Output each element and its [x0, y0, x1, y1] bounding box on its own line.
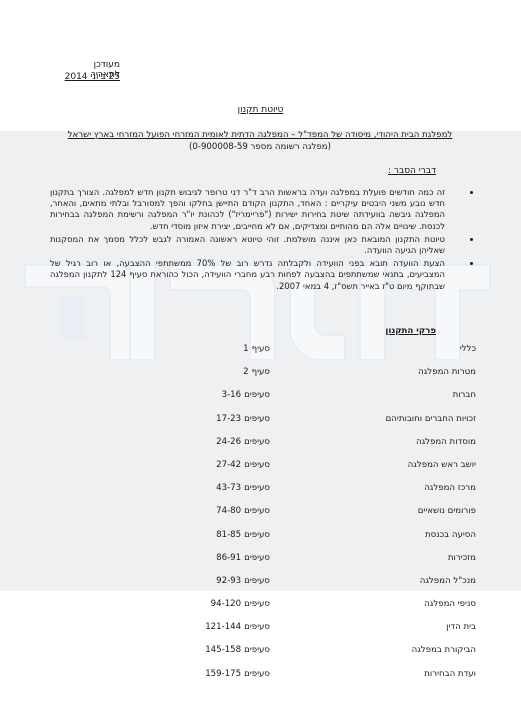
toc-row: הביקורת במפלגהסעיפים145-158 [180, 645, 476, 668]
toc-section-label: סעיפים [244, 622, 270, 632]
toc-row: ועדת הבחירותסעיפים159-175 [180, 669, 476, 692]
toc-section-name: כללי [460, 344, 476, 354]
sections-heading: פרקי התקנון [385, 326, 436, 336]
toc-row: כלליסעיף1 [180, 344, 476, 367]
toc-section-name: הביקורת במפלגה [412, 645, 476, 655]
toc-section-name: סניפי המפלגה [424, 599, 476, 609]
toc-section-label: סעיפים [244, 530, 270, 540]
toc-section-reference: סעיפים86-91 [180, 553, 270, 563]
toc-section-range: 2 [243, 367, 248, 377]
toc-section-range: 3-16 [222, 390, 242, 400]
explanation-bullet: זה כמה חודשים פועלת במפלגה ועדה בראשות ה… [50, 187, 445, 232]
toc-section-name: מטרות המפלגה [418, 367, 476, 377]
party-name: למפלגת הבית היהודי, מיסודה של המפד"ל – ה… [40, 130, 480, 140]
toc-section-reference: סעיפים92-93 [180, 576, 270, 586]
toc-row: מטרות המפלגהסעיף2 [180, 367, 476, 390]
toc-section-range: 24-26 [216, 437, 241, 447]
toc-section-range: 86-91 [216, 553, 241, 563]
toc-section-range: 27-42 [216, 460, 241, 470]
toc-section-label: סעיפים [244, 460, 270, 470]
toc-row: סניפי המפלגהסעיפים94-120 [180, 599, 476, 622]
toc-section-reference: סעיפים17-23 [180, 414, 270, 424]
toc-section-reference: סעיפים159-175 [180, 669, 270, 679]
explanation-bullets: זה כמה חודשים פועלת במפלגה ועדה בראשות ה… [50, 187, 445, 294]
toc-section-reference: סעיפים145-158 [180, 645, 270, 655]
toc-section-name: חברות [453, 390, 476, 400]
explanation-heading: דברי הסבר : [388, 166, 436, 176]
toc-section-name: מוסדות המפלגה [416, 437, 476, 447]
toc-section-label: סעיפים [244, 599, 270, 609]
updated-date: 25 ביוני 2014 [47, 72, 120, 82]
toc-row: הסיעה בכנסתסעיפים81-85 [180, 530, 476, 553]
toc-section-label: סעיפים [244, 414, 270, 424]
toc-section-reference: סעיפים43-73 [180, 483, 270, 493]
toc-row: פורומים נושאייםסעיפים74-80 [180, 506, 476, 529]
toc-section-range: 159-175 [205, 669, 241, 679]
toc-section-reference: סעיפים74-80 [180, 506, 270, 516]
toc-row: זכויות החברים וחובותיהםסעיפים17-23 [180, 414, 476, 437]
toc-section-name: בית הדין [446, 622, 476, 632]
toc-row: מנכ"ל המפלגהסעיפים92-93 [180, 576, 476, 599]
toc-section-range: 94-120 [211, 599, 241, 609]
toc-section-range: 1 [243, 344, 248, 354]
toc-section-label: סעיפים [244, 553, 270, 563]
toc-row: מזכירותסעיפים86-91 [180, 553, 476, 576]
party-registration-number: (מפלגה רשומה מספר 0-900008-59) [40, 142, 480, 152]
toc-row: מרכז המפלגהסעיפים43-73 [180, 483, 476, 506]
toc-section-name: מנכ"ל המפלגה [420, 576, 476, 586]
explanation-bullet: טיוטת התקנון המובאת כאן איננה מושלמת. זו… [50, 234, 445, 256]
toc-section-name: זכויות החברים וחובותיהם [386, 414, 476, 424]
toc-section-name: הסיעה בכנסת [425, 530, 476, 540]
sections-table-of-contents: כלליסעיף1מטרות המפלגהסעיף2חברותסעיפים3-1… [180, 344, 476, 692]
toc-section-range: 74-80 [216, 506, 241, 516]
toc-section-range: 145-158 [205, 645, 241, 655]
toc-section-label: סעיפים [244, 506, 270, 516]
toc-section-name: ועדת הבחירות [424, 669, 476, 679]
bullet-icon [470, 191, 473, 194]
toc-section-name: מרכז המפלגה [424, 483, 476, 493]
toc-section-label: סעיפים [244, 669, 270, 679]
toc-section-reference: סעיפים94-120 [180, 599, 270, 609]
toc-row: מוסדות המפלגהסעיפים24-26 [180, 437, 476, 460]
toc-row: חברותסעיפים3-16 [180, 390, 476, 413]
toc-section-reference: סעיף1 [180, 344, 270, 354]
toc-section-reference: סעיפים3-16 [180, 390, 270, 400]
toc-row: יושב ראש המפלגהסעיפים27-42 [180, 460, 476, 483]
toc-section-range: 17-23 [216, 414, 241, 424]
toc-section-reference: סעיפים27-42 [180, 460, 270, 470]
toc-section-label: סעיפים [244, 437, 270, 447]
toc-section-name: מזכירות [448, 553, 476, 563]
toc-section-name: יושב ראש המפלגה [408, 460, 476, 470]
toc-section-label: סעיף [252, 367, 270, 377]
toc-section-reference: סעיפים121-144 [180, 622, 270, 632]
toc-section-range: 92-93 [216, 576, 241, 586]
toc-section-reference: סעיף2 [180, 367, 270, 377]
toc-section-label: סעיפים [244, 645, 270, 655]
toc-section-reference: סעיפים24-26 [180, 437, 270, 447]
bullet-icon [470, 238, 473, 241]
toc-section-label: סעיפים [244, 576, 270, 586]
toc-section-label: סעיפים [244, 483, 270, 493]
explanation-bullet: הצעת הוועדה תובא בפני הוועידה ולקבלתה נד… [50, 258, 445, 292]
toc-section-reference: סעיפים81-85 [180, 530, 270, 540]
toc-section-label: סעיף [252, 344, 270, 354]
toc-row: בית הדיןסעיפים121-144 [180, 622, 476, 645]
toc-section-range: 43-73 [216, 483, 241, 493]
toc-section-range: 81-85 [216, 530, 241, 540]
document-title: טיוטת תקנון [0, 105, 521, 115]
toc-section-label: סעיפים [244, 390, 270, 400]
toc-section-range: 121-144 [205, 622, 241, 632]
toc-section-name: פורומים נושאיים [418, 506, 476, 516]
